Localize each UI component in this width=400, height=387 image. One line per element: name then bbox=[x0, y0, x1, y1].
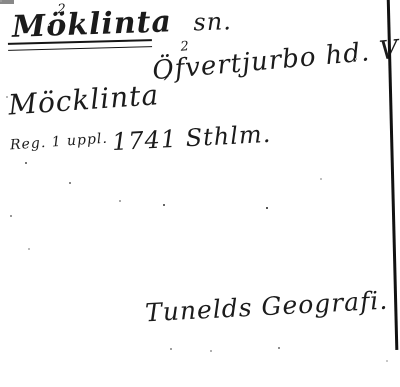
paper-specks bbox=[0, 0, 2, 2]
district-accent-number: 2 bbox=[180, 39, 191, 55]
parish-abbreviation: sn. bbox=[193, 7, 232, 36]
variant-flourish: ´ bbox=[158, 74, 172, 100]
headword-line: 2 Möklinta sn. bbox=[11, 2, 232, 45]
name-variant-line: Möcklinta´ bbox=[7, 74, 172, 121]
register-note: Reg. 1 uppl. bbox=[10, 131, 109, 154]
scan-smudge bbox=[0, 0, 14, 4]
archive-card: 2 Möklinta sn. 2 Öfvertjurbo hd. Vst. Mö… bbox=[0, 0, 400, 387]
name-variant: Möcklinta bbox=[7, 78, 160, 121]
headword-accent-number: 2 bbox=[57, 2, 67, 17]
source-citation: Tunelds Geografi. bbox=[144, 286, 389, 328]
district-name: Öfvertjurbo bbox=[151, 42, 317, 86]
district-line: 2 Öfvertjurbo hd. Vst. bbox=[151, 32, 400, 87]
publication-year-place: 1741 Sthlm. bbox=[111, 120, 272, 156]
